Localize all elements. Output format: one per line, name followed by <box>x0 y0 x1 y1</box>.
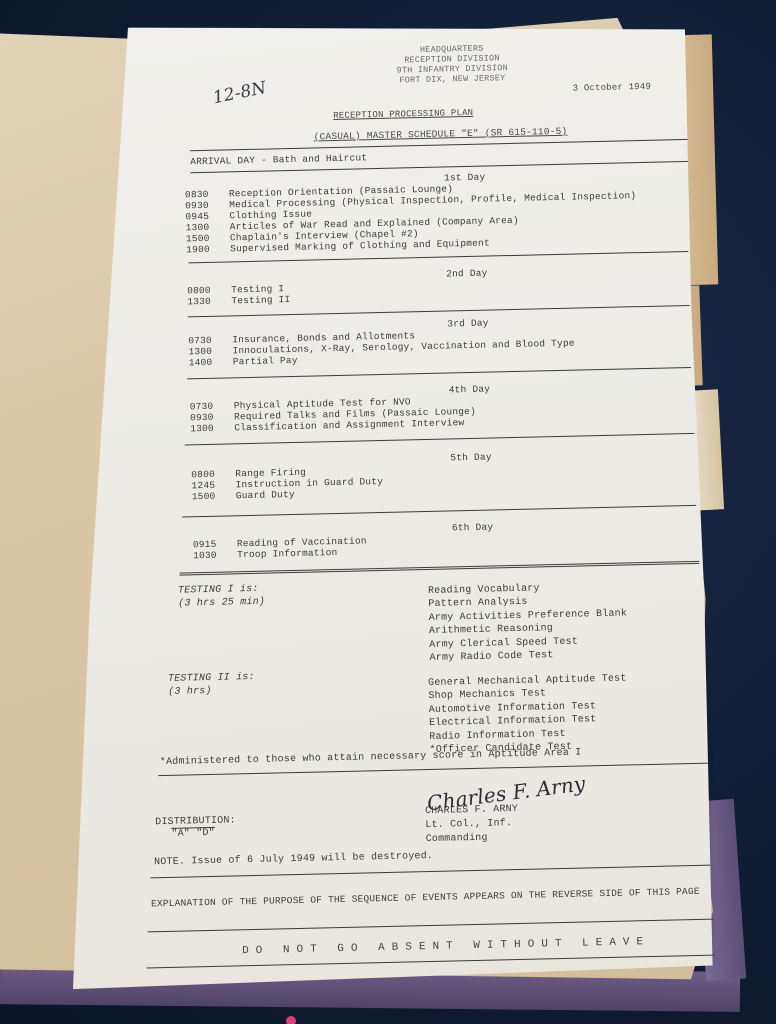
photo-stage: 12-8N HEADQUARTERS RECEPTION DIVISION 9T… <box>0 0 776 1024</box>
arrival-day-line: ARRIVAL DAY - Bath and Haircut <box>190 152 367 167</box>
document-subtitle: (CASUAL) MASTER SCHEDULE "E" (SR 615-110… <box>314 126 568 143</box>
letterhead-line: FORT DIX, NEW JERSEY <box>382 73 522 86</box>
divider <box>187 367 691 379</box>
signature-block: CHARLES F. ARNY Lt. Col., Inf. Commandin… <box>425 803 519 847</box>
distribution-block: DISTRIBUTION: "A" "D" <box>155 815 236 841</box>
day-block-3: 3rd Day 0730Insurance, Bonds and Allotme… <box>188 313 689 368</box>
document-body: 12-8N HEADQUARTERS RECEPTION DIVISION 9T… <box>91 15 713 988</box>
signer-rank: Lt. Col., Inf. <box>425 817 518 833</box>
signer-title: Commanding <box>426 831 519 847</box>
day-block-5: 5th Day 0800Range Firing 1245Instruction… <box>191 447 692 502</box>
day-block-2: 2nd Day 0800Testing I 1330Testing II <box>187 263 688 307</box>
entry-activity: Troop Information <box>237 547 338 560</box>
day-block-4: 4th Day 0730Physical Aptitude Test for N… <box>189 379 690 434</box>
pink-mark <box>286 1016 296 1024</box>
divider <box>146 955 714 969</box>
entry-activity: Guard Duty <box>236 489 295 501</box>
divider <box>148 919 714 933</box>
footnote: *Administered to those who attain necess… <box>160 748 582 769</box>
handwritten-mark: 12-8N <box>211 78 268 108</box>
divider <box>150 865 710 879</box>
entry-activity: Partial Pay <box>233 355 298 367</box>
divider <box>182 505 696 518</box>
testing-label: TESTING II is: <box>168 671 255 686</box>
awol-banner: DO NOT GO ABSENT WITHOUT LEAVE <box>242 936 650 957</box>
entry-time: 1300 <box>190 422 234 434</box>
double-divider <box>180 561 700 577</box>
explanation-text: EXPLANATION OF THE PURPOSE OF THE SEQUEN… <box>151 885 711 911</box>
day-block-6: 6th Day 0915Reading of Vaccination 1030T… <box>193 517 694 561</box>
testing-1-label-block: TESTING I is: (3 hrs 25 min) <box>178 583 265 611</box>
divider <box>190 139 690 151</box>
day-block-1: 1st Day 0830Reception Orientation (Passa… <box>185 167 687 255</box>
document-title: RECEPTION PROCESSING PLAN <box>333 108 473 121</box>
testing-1-list: Reading Vocabulary Pattern Analysis Army… <box>428 580 628 665</box>
entry-time: 1900 <box>186 243 230 255</box>
entry-time: 1030 <box>193 549 237 561</box>
entry-activity: Testing II <box>231 294 290 306</box>
distribution-label: DISTRIBUTION: <box>155 815 236 829</box>
testing-2-label-block: TESTING II is: (3 hrs) <box>168 671 255 699</box>
letterhead: HEADQUARTERS RECEPTION DIVISION 9TH INFA… <box>382 43 523 86</box>
distribution-value: "A" "D" <box>155 827 236 841</box>
testing-2-list: General Mechanical Aptitude Test Shop Me… <box>428 672 628 757</box>
entry-time: 1500 <box>192 490 236 502</box>
entry-time: 1400 <box>189 356 233 368</box>
document-date: 3 October 1949 <box>573 82 652 94</box>
entry-time: 1330 <box>187 295 231 307</box>
divider <box>185 433 695 446</box>
testing-duration: (3 hrs 25 min) <box>178 596 265 611</box>
typed-document-page: 12-8N HEADQUARTERS RECEPTION DIVISION 9T… <box>51 15 713 989</box>
note-line: NOTE. Issue of 6 July 1949 will be destr… <box>154 851 433 868</box>
testing-duration: (3 hrs) <box>168 684 255 699</box>
